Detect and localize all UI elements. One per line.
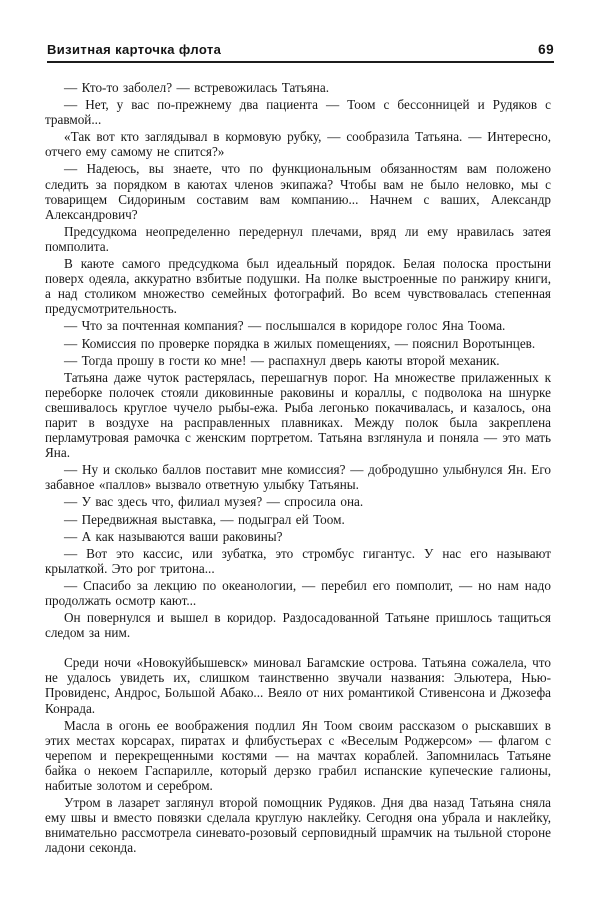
header-rule <box>47 61 554 63</box>
paragraph: — Ну и сколько баллов поставит мне комис… <box>45 462 551 492</box>
page-number: 69 <box>538 42 554 57</box>
paragraph: В каюте самого предсудкома был идеальный… <box>45 256 551 316</box>
paragraph: Предсудкома неопределенно передернул пле… <box>45 224 551 254</box>
running-header-title: Визитная карточка флота <box>47 42 221 57</box>
paragraph: «Так вот кто заглядывал в кормовую рубку… <box>45 129 551 159</box>
paragraph: — А как называются ваши раковины? <box>45 529 551 544</box>
paragraph: Масла в огонь ее воображения подлил Ян Т… <box>45 718 551 793</box>
paragraph: — Комиссия по проверке порядка в жилых п… <box>45 336 551 351</box>
text-column: — Кто-то заболел? — встревожилась Татьян… <box>45 80 551 856</box>
paragraph: — Передвижная выставка, — подыграл ей То… <box>45 512 551 527</box>
paragraph: — У вас здесь что, филиал музея? — спрос… <box>45 494 551 509</box>
paragraph: — Вот это кассис, или зубатка, это стром… <box>45 546 551 576</box>
paragraph: Татьяна даже чуток растерялась, перешагн… <box>45 370 551 461</box>
paragraph: Он повернулся и вышел в коридор. Раздоса… <box>45 610 551 640</box>
paragraph: — Кто-то заболел? — встревожилась Татьян… <box>45 80 551 95</box>
paragraph: — Спасибо за лекцию по океанологии, — пе… <box>45 578 551 608</box>
paragraph: Утром в лазарет заглянул второй помощник… <box>45 795 551 855</box>
paragraph: — Нет, у вас по-прежнему два пациента — … <box>45 97 551 127</box>
paragraph: Среди ночи «Новокуйбышевск» миновал Бага… <box>45 655 551 715</box>
book-page: Визитная карточка флота 69 — Кто-то забо… <box>0 0 600 916</box>
paragraph: — Надеюсь, вы знаете, что по функциональ… <box>45 161 551 221</box>
paragraph: — Тогда прошу в гости ко мне! — распахну… <box>45 353 551 368</box>
running-header: Визитная карточка флота 69 <box>47 42 554 57</box>
paragraph: — Что за почтенная компания? — послышалс… <box>45 318 551 333</box>
